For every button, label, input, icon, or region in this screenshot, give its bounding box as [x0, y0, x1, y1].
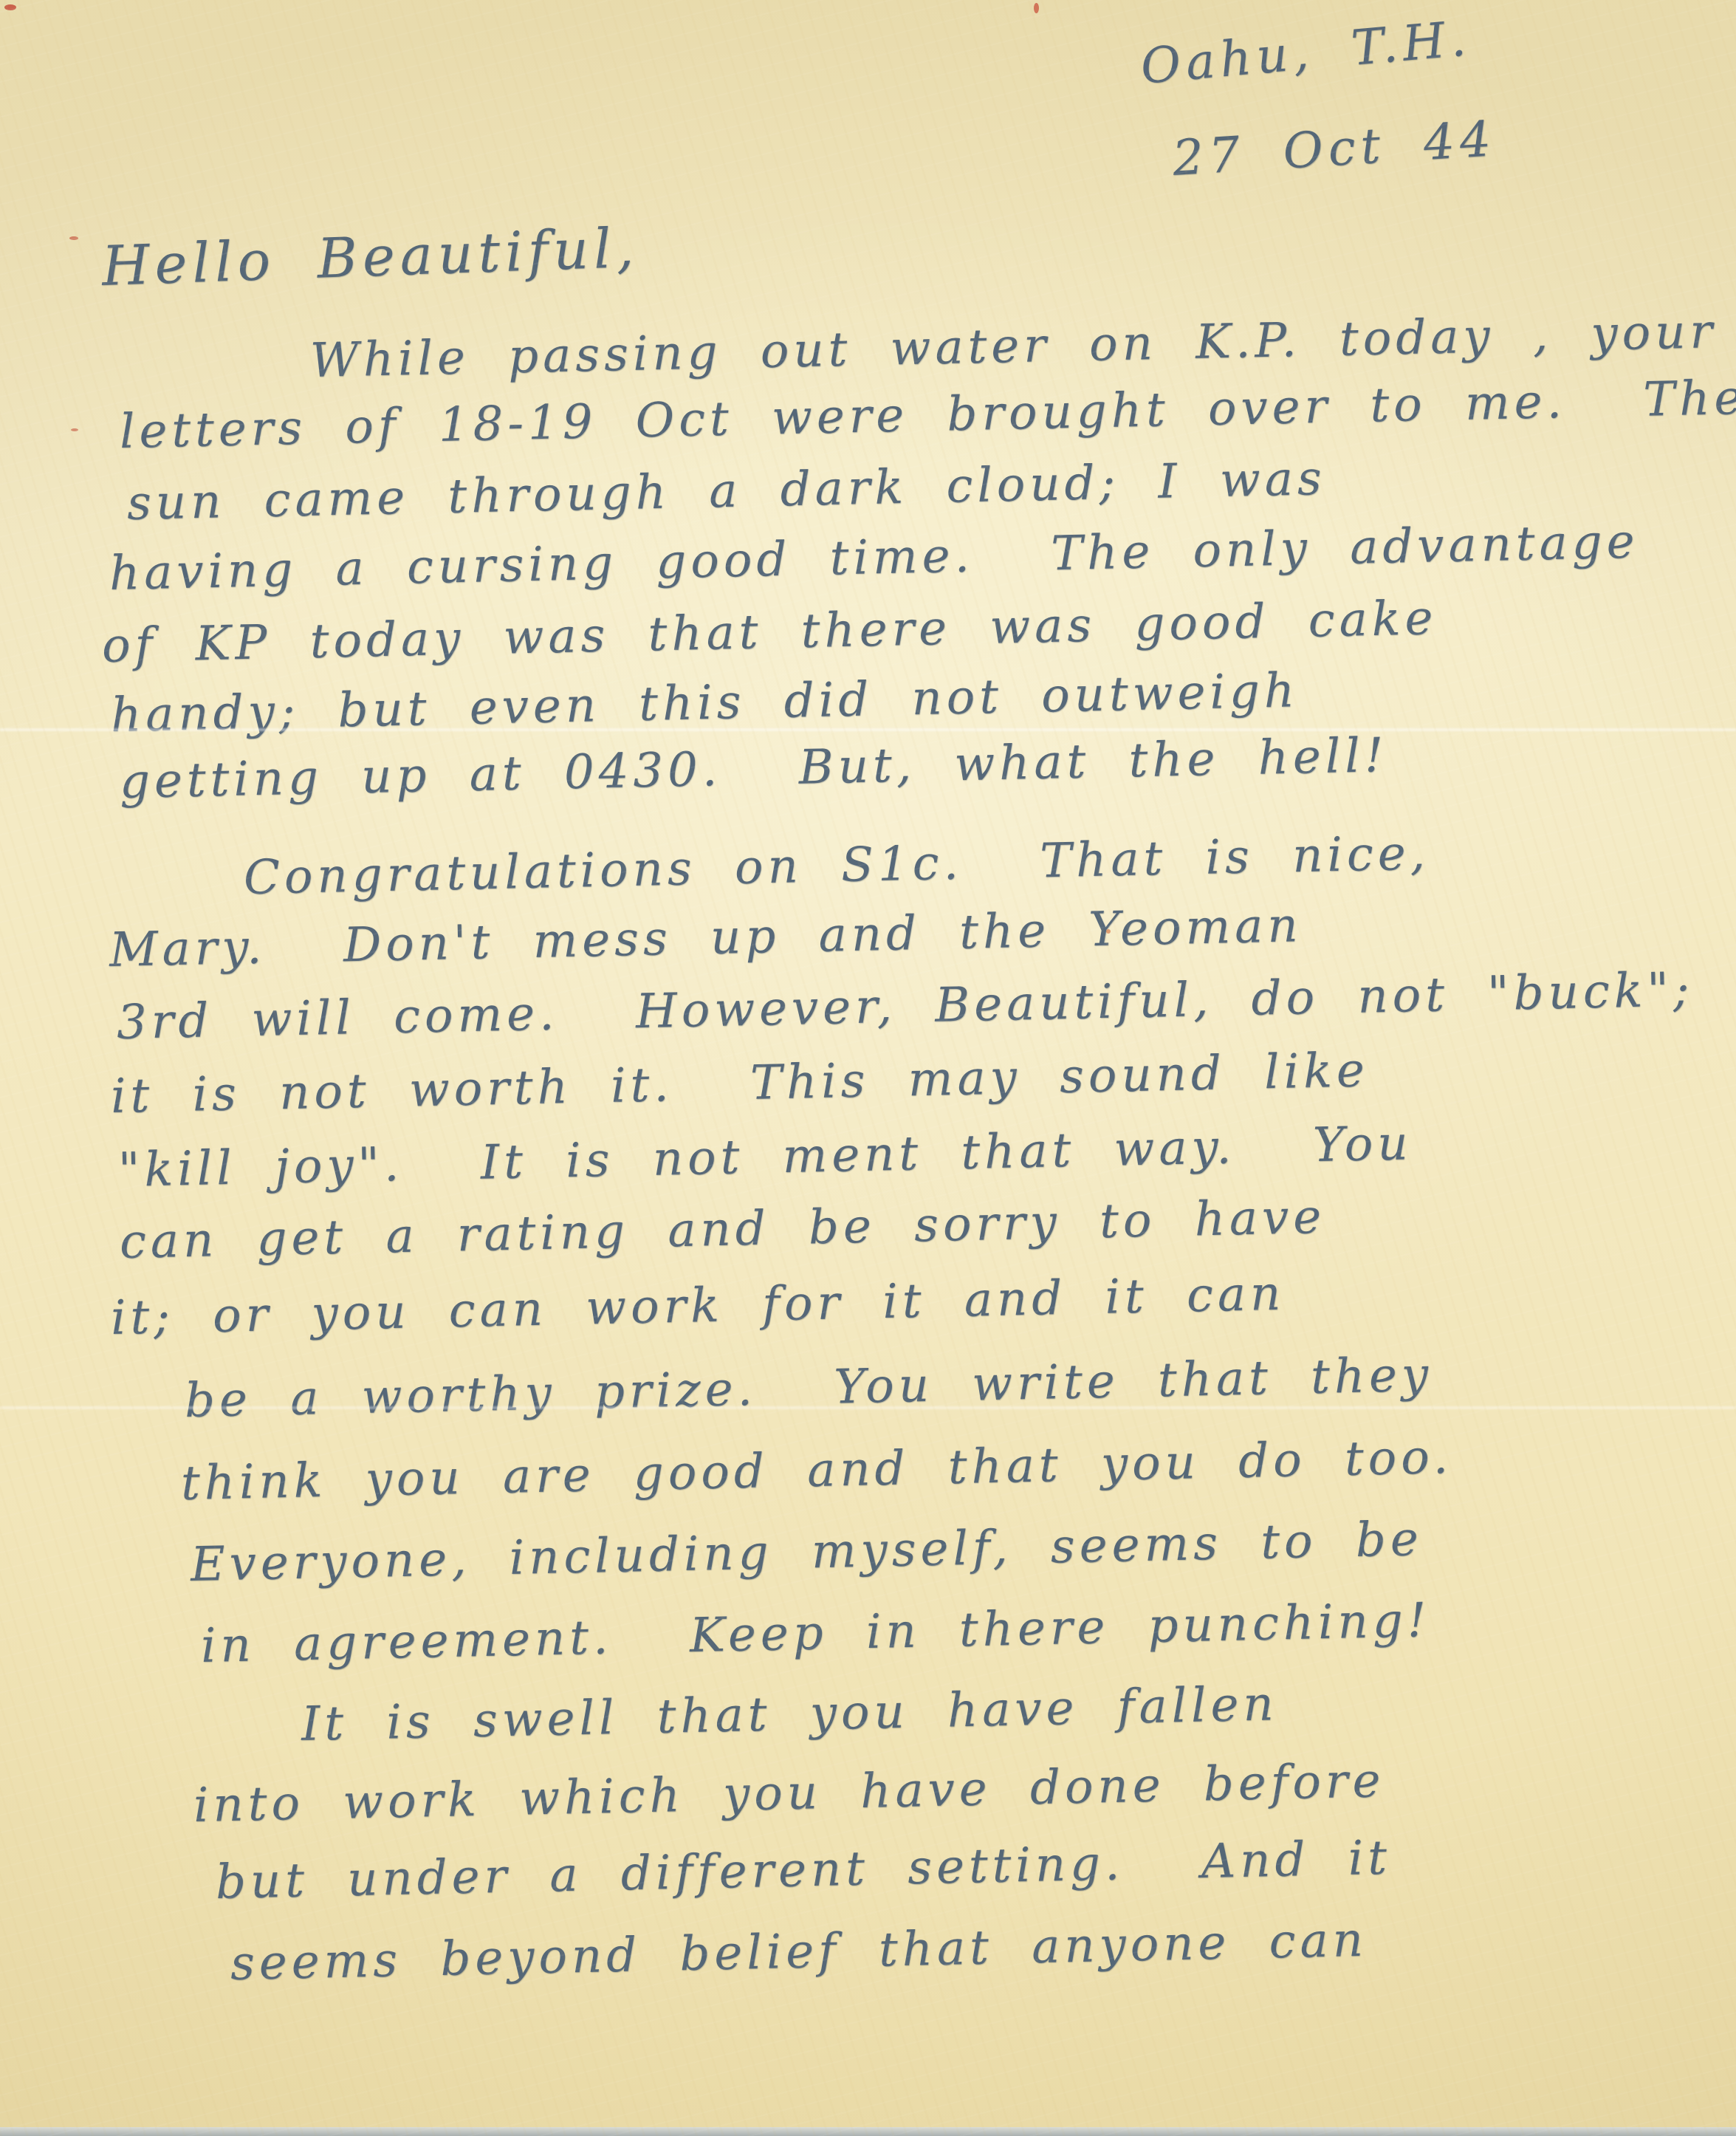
letter-page: Oahu, T.H. 27 Oct 44 Hello Beautiful, Wh… — [0, 0, 1736, 2136]
letter-line: seems beyond belief that anyone can — [230, 1913, 1368, 1991]
paper-speck — [4, 4, 16, 10]
paper-speck — [71, 428, 78, 431]
letter-line: Everyone, including myself, seems to be — [190, 1512, 1423, 1592]
letter-line: think you are good and that you do too. — [180, 1430, 1452, 1511]
letter-line: sun came through a dark cloud; I was — [126, 451, 1326, 531]
letter-line: in agreement. Keep in there punching! — [200, 1593, 1431, 1674]
letter-line: having a cursing good time. The only adv… — [109, 515, 1639, 601]
letter-line: handy; but even this did not outweigh — [110, 663, 1299, 743]
paper-speck — [69, 236, 78, 240]
letter-line: can get a rating and be sorry to have — [119, 1190, 1326, 1270]
letter-line: It is swell that you have fallen — [301, 1677, 1278, 1752]
letter-line: into work which you have done before — [193, 1753, 1385, 1833]
letter-line: of KP today was that there was good cake — [101, 591, 1438, 674]
heading-date: 27 Oct 44 — [1171, 110, 1497, 187]
letter-line: it is not worth it. This may sound like — [110, 1043, 1369, 1124]
letter-line: but under a different setting. And it — [215, 1831, 1391, 1910]
letter-line: Congratulations on S1c. That is nice, — [243, 826, 1430, 906]
scan-edge — [0, 2127, 1736, 2136]
paper-speck — [1034, 3, 1039, 13]
heading-location: Oahu, T.H. — [1139, 10, 1473, 95]
letter-line: getting up at 0430. But, what the hell! — [119, 728, 1388, 809]
salutation: Hello Beautiful, — [100, 216, 639, 298]
letter-line: "kill joy". It is not ment that way. You — [117, 1116, 1413, 1198]
letter-line: Mary. Don't mess up and the Yeoman — [109, 898, 1303, 978]
letter-line: it; or you can work for it and it can — [110, 1267, 1286, 1346]
letter-line: be a worthy prize. You write that they — [184, 1348, 1433, 1428]
letter-line: 3rd will come. However, Beautiful, do no… — [116, 962, 1694, 1050]
